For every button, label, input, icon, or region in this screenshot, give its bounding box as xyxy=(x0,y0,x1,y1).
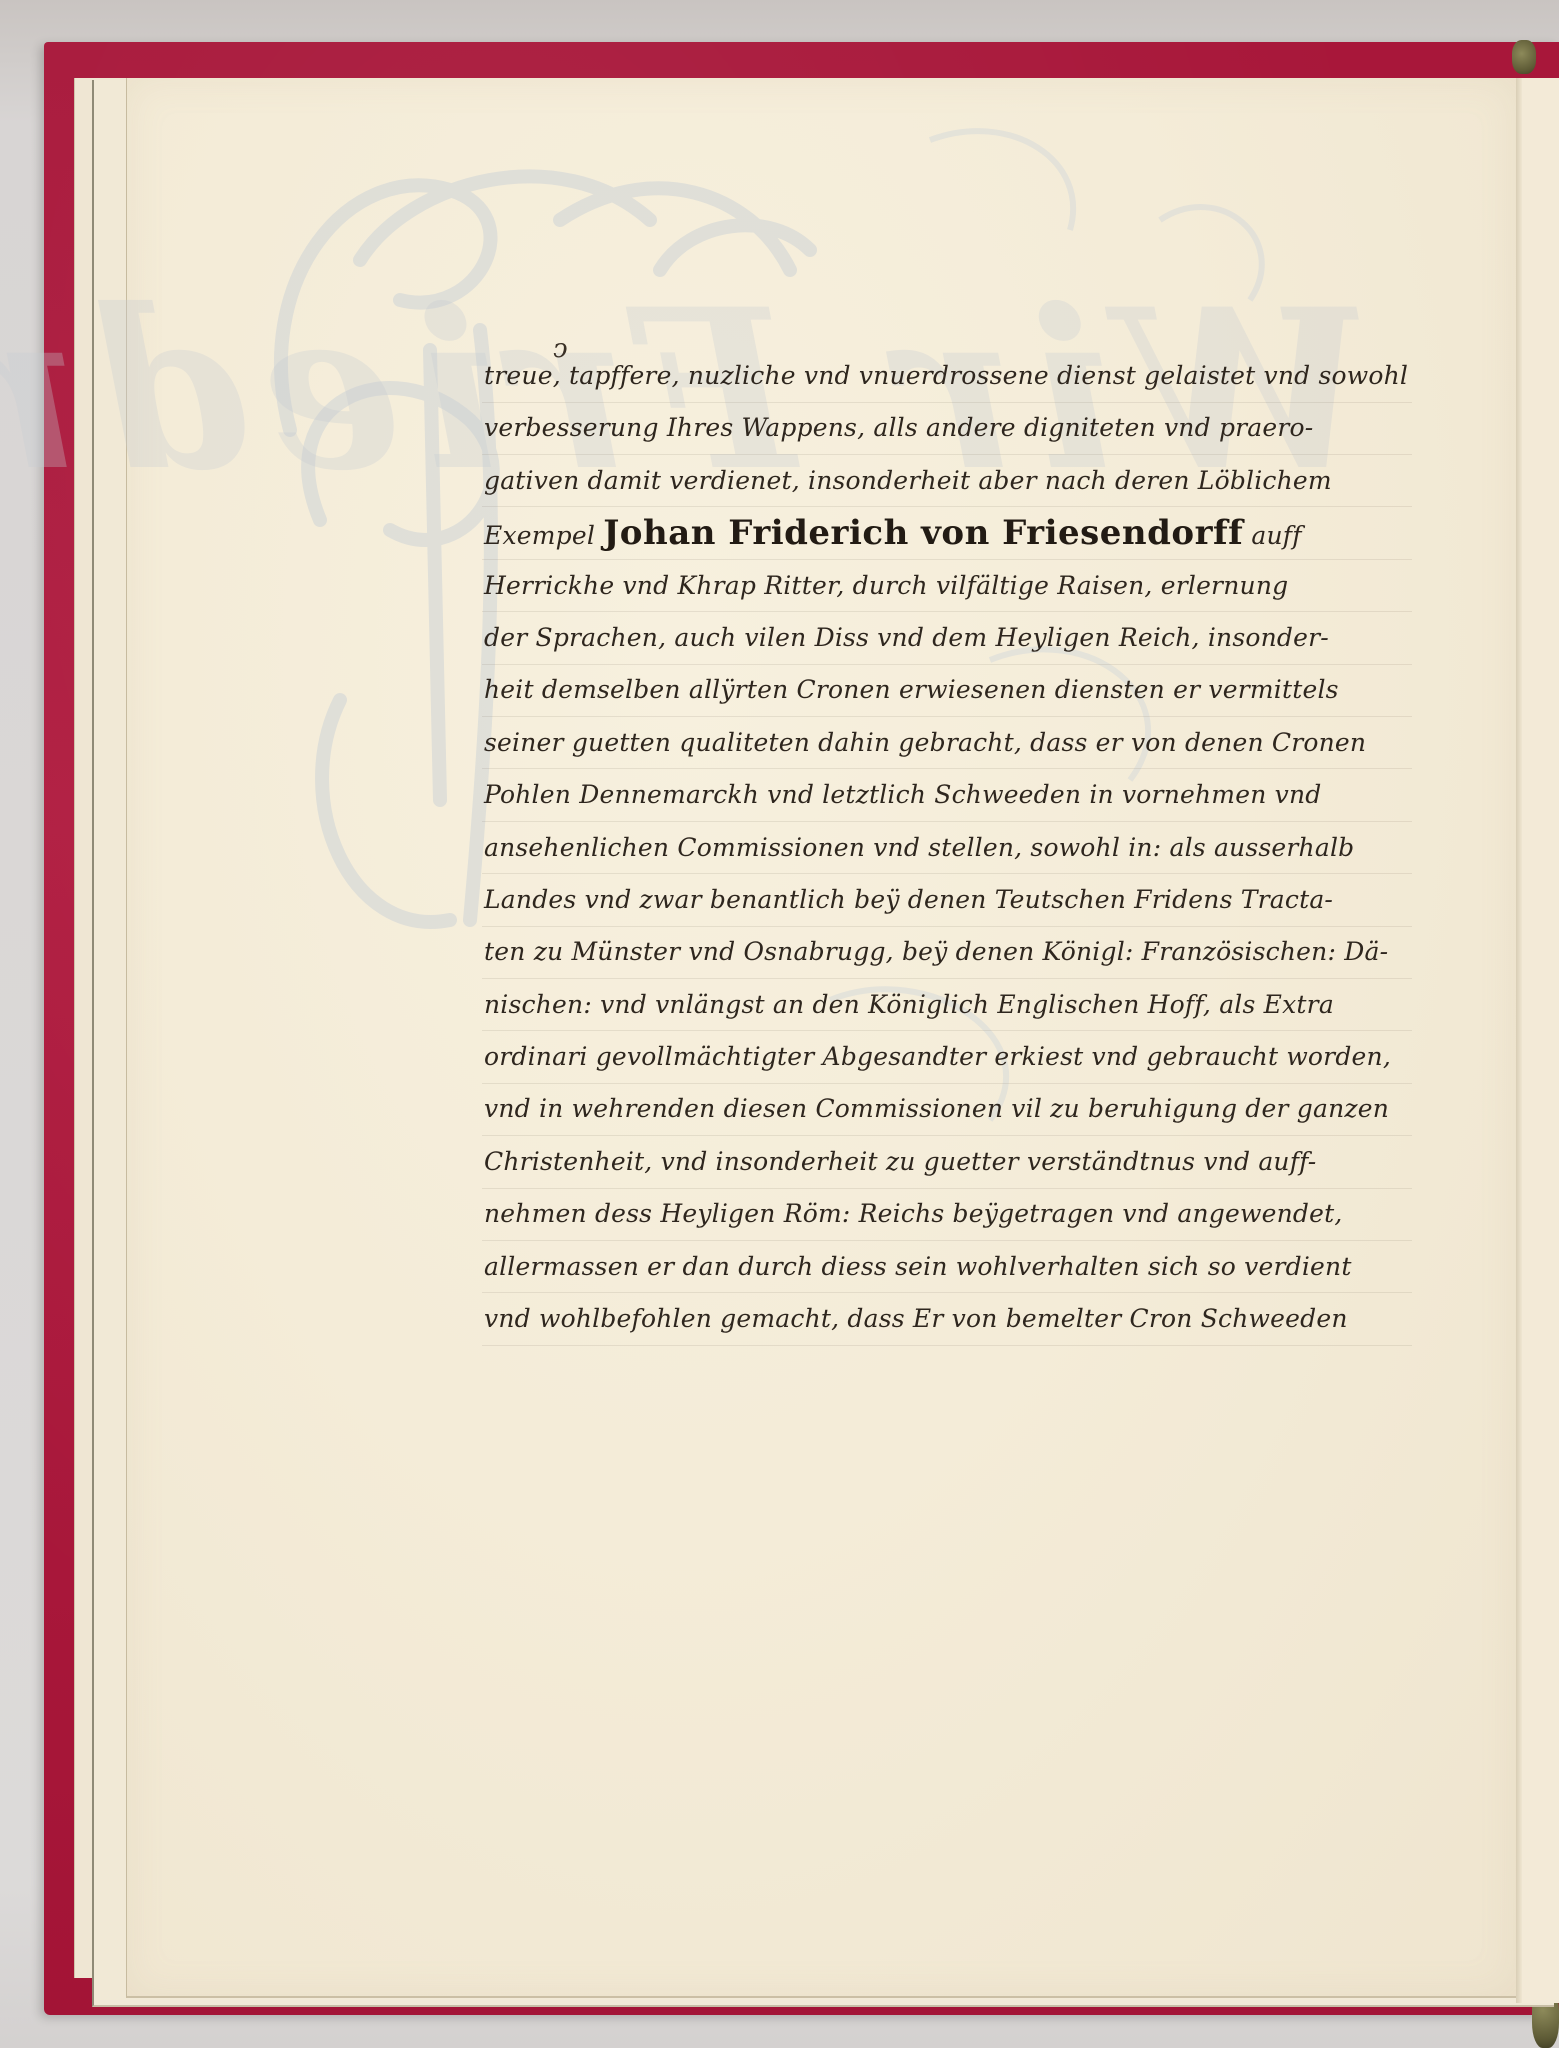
text-line-8: seiner guetten qualiteten dahin gebracht… xyxy=(484,717,1404,769)
text-line-12: ten zu Münster vnd Osnabrugg, beÿ denen … xyxy=(484,926,1404,978)
text-line-2: verbesserung Ihres Wappens, alls andere … xyxy=(484,402,1404,454)
text-line-18: allermassen er dan durch diess sein wohl… xyxy=(484,1241,1404,1293)
manuscript-text: treue, tapffere, nuzliche vnd vnuerdross… xyxy=(484,350,1404,1345)
text-line-9: Pohlen Dennemarckh vnd letztlich Schweed… xyxy=(484,769,1404,821)
text-line-4: Exempel Johan Friderich von Friesendorff… xyxy=(484,507,1404,559)
text-line-7: heit demselben allÿrten Cronen erwiesene… xyxy=(484,664,1404,716)
text-line-6: der Sprachen, auch vilen Diss vnd dem He… xyxy=(484,612,1404,664)
text-line-17: nehmen dess Heyligen Röm: Reichs beÿgetr… xyxy=(484,1188,1404,1240)
text-line-3: gativen damit verdienet, insonderheit ab… xyxy=(484,455,1404,507)
text-line-13: nischen: vnd vnlängst an den Königlich E… xyxy=(484,979,1404,1031)
text-line-4-pre: Exempel xyxy=(484,521,603,550)
text-line-10: ansehenlichen Commissionen vnd stellen, … xyxy=(484,822,1404,874)
text-line-1: treue, tapffere, nuzliche vnd vnuerdross… xyxy=(484,350,1404,402)
text-line-5: Herrickhe vnd Khrap Ritter, durch vilfäl… xyxy=(484,560,1404,612)
text-line-4-post: auff xyxy=(1243,521,1301,550)
text-line-14: ordinari gevollmächtigter Abgesandter er… xyxy=(484,1031,1404,1083)
personal-name: Johan Friderich von Friesendorff xyxy=(603,513,1243,553)
facing-page-edge xyxy=(1522,78,1559,2003)
text-line-15: vnd in wehrenden diesen Commissionen vil… xyxy=(484,1083,1404,1135)
binding-cord-top xyxy=(1512,40,1536,74)
text-line-16: Christenheit, vnd insonderheit zu guette… xyxy=(484,1136,1404,1188)
text-line-19: vnd wohlbefohlen gemacht, dass Er von be… xyxy=(484,1293,1404,1345)
text-line-11: Landes vnd zwar benantlich beÿ denen Teu… xyxy=(484,874,1404,926)
